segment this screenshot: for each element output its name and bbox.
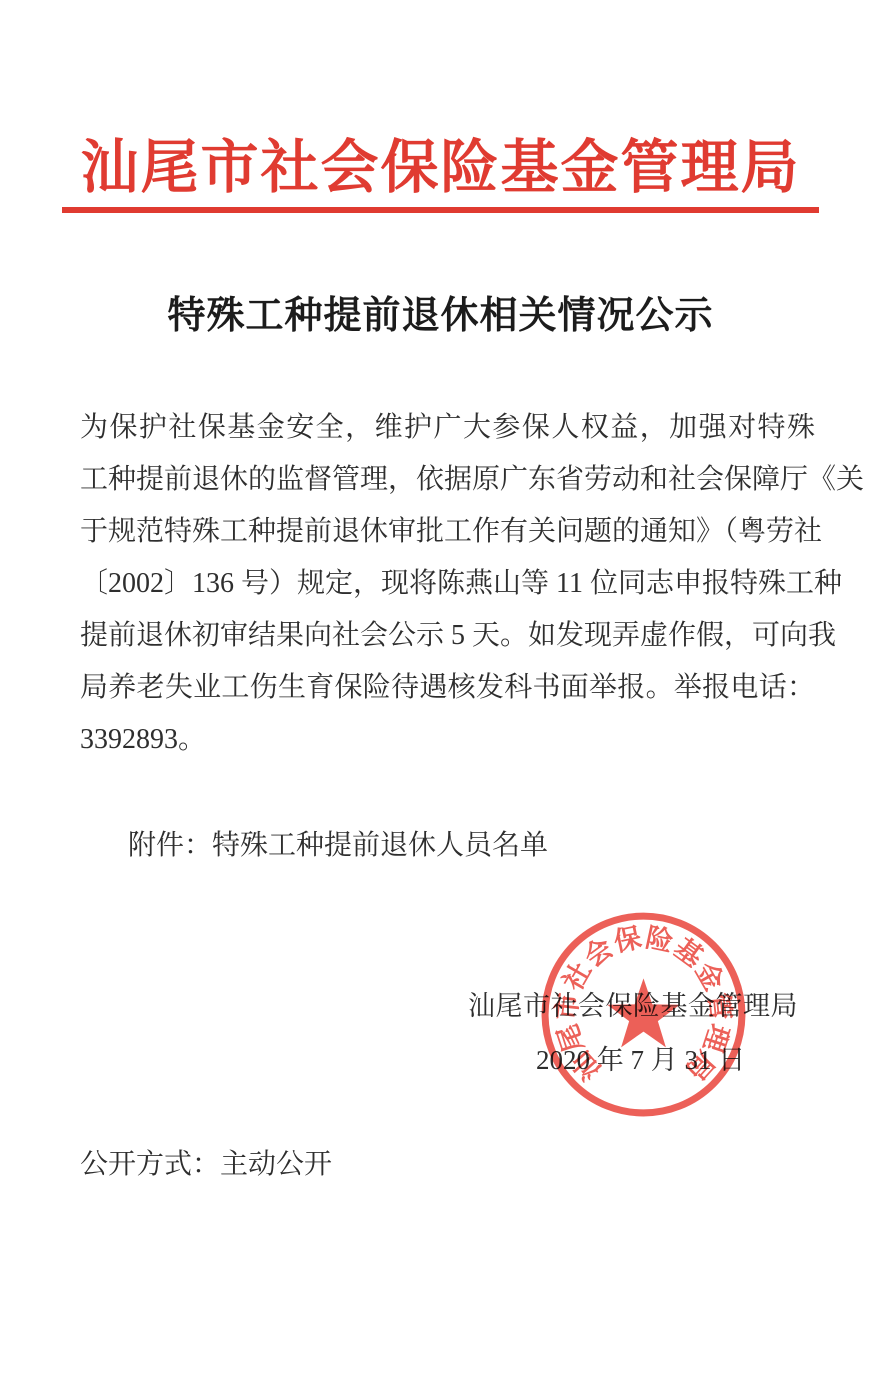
letterhead-divider-rule	[62, 207, 819, 213]
star-icon	[607, 978, 680, 1047]
body-text-line: 局养老失业工伤生育保险待遇核发科书面举报。举报电话：	[80, 662, 815, 714]
attachment-line: 附件：特殊工种提前退休人员名单	[80, 820, 815, 872]
document-page: 汕尾市社会保险基金管理局 特殊工种提前退休相关情况公示 为保护社保基金安全，维护…	[0, 0, 881, 1376]
body-text-line: 为保护社保基金安全，维护广大参保人权益，加强对特殊	[80, 402, 815, 454]
body-text-line: 3392893。	[80, 714, 815, 766]
document-title: 特殊工种提前退休相关情况公示	[0, 284, 881, 339]
disclosure-method-line: 公开方式：主动公开	[80, 1142, 332, 1182]
body-paragraph: 为保护社保基金安全，维护广大参保人权益，加强对特殊工种提前退休的监督管理，依据原…	[80, 402, 815, 766]
seal-ring-char: 市	[551, 992, 584, 1022]
body-text-line: 〔2002〕136 号）规定，现将陈燕山等 11 位同志申报特殊工种	[80, 558, 815, 610]
seal-ring-char: 保	[611, 922, 644, 957]
seal-ring-char: 管	[703, 991, 737, 1021]
letterhead-org-name: 汕尾市社会保险基金管理局	[0, 120, 881, 204]
body-text-line: 于规范特殊工种提前退休审批工作有关问题的通知》（粤劳社	[80, 506, 815, 558]
body-text-line: 工种提前退休的监督管理，依据原广东省劳动和社会保障厅《关	[80, 454, 815, 506]
official-seal-stamp: 汕尾市社会保险基金管理局	[527, 898, 760, 1131]
body-text-line: 提前退休初审结果向社会公示 5 天。如发现弄虚作假，可向我	[80, 610, 815, 662]
